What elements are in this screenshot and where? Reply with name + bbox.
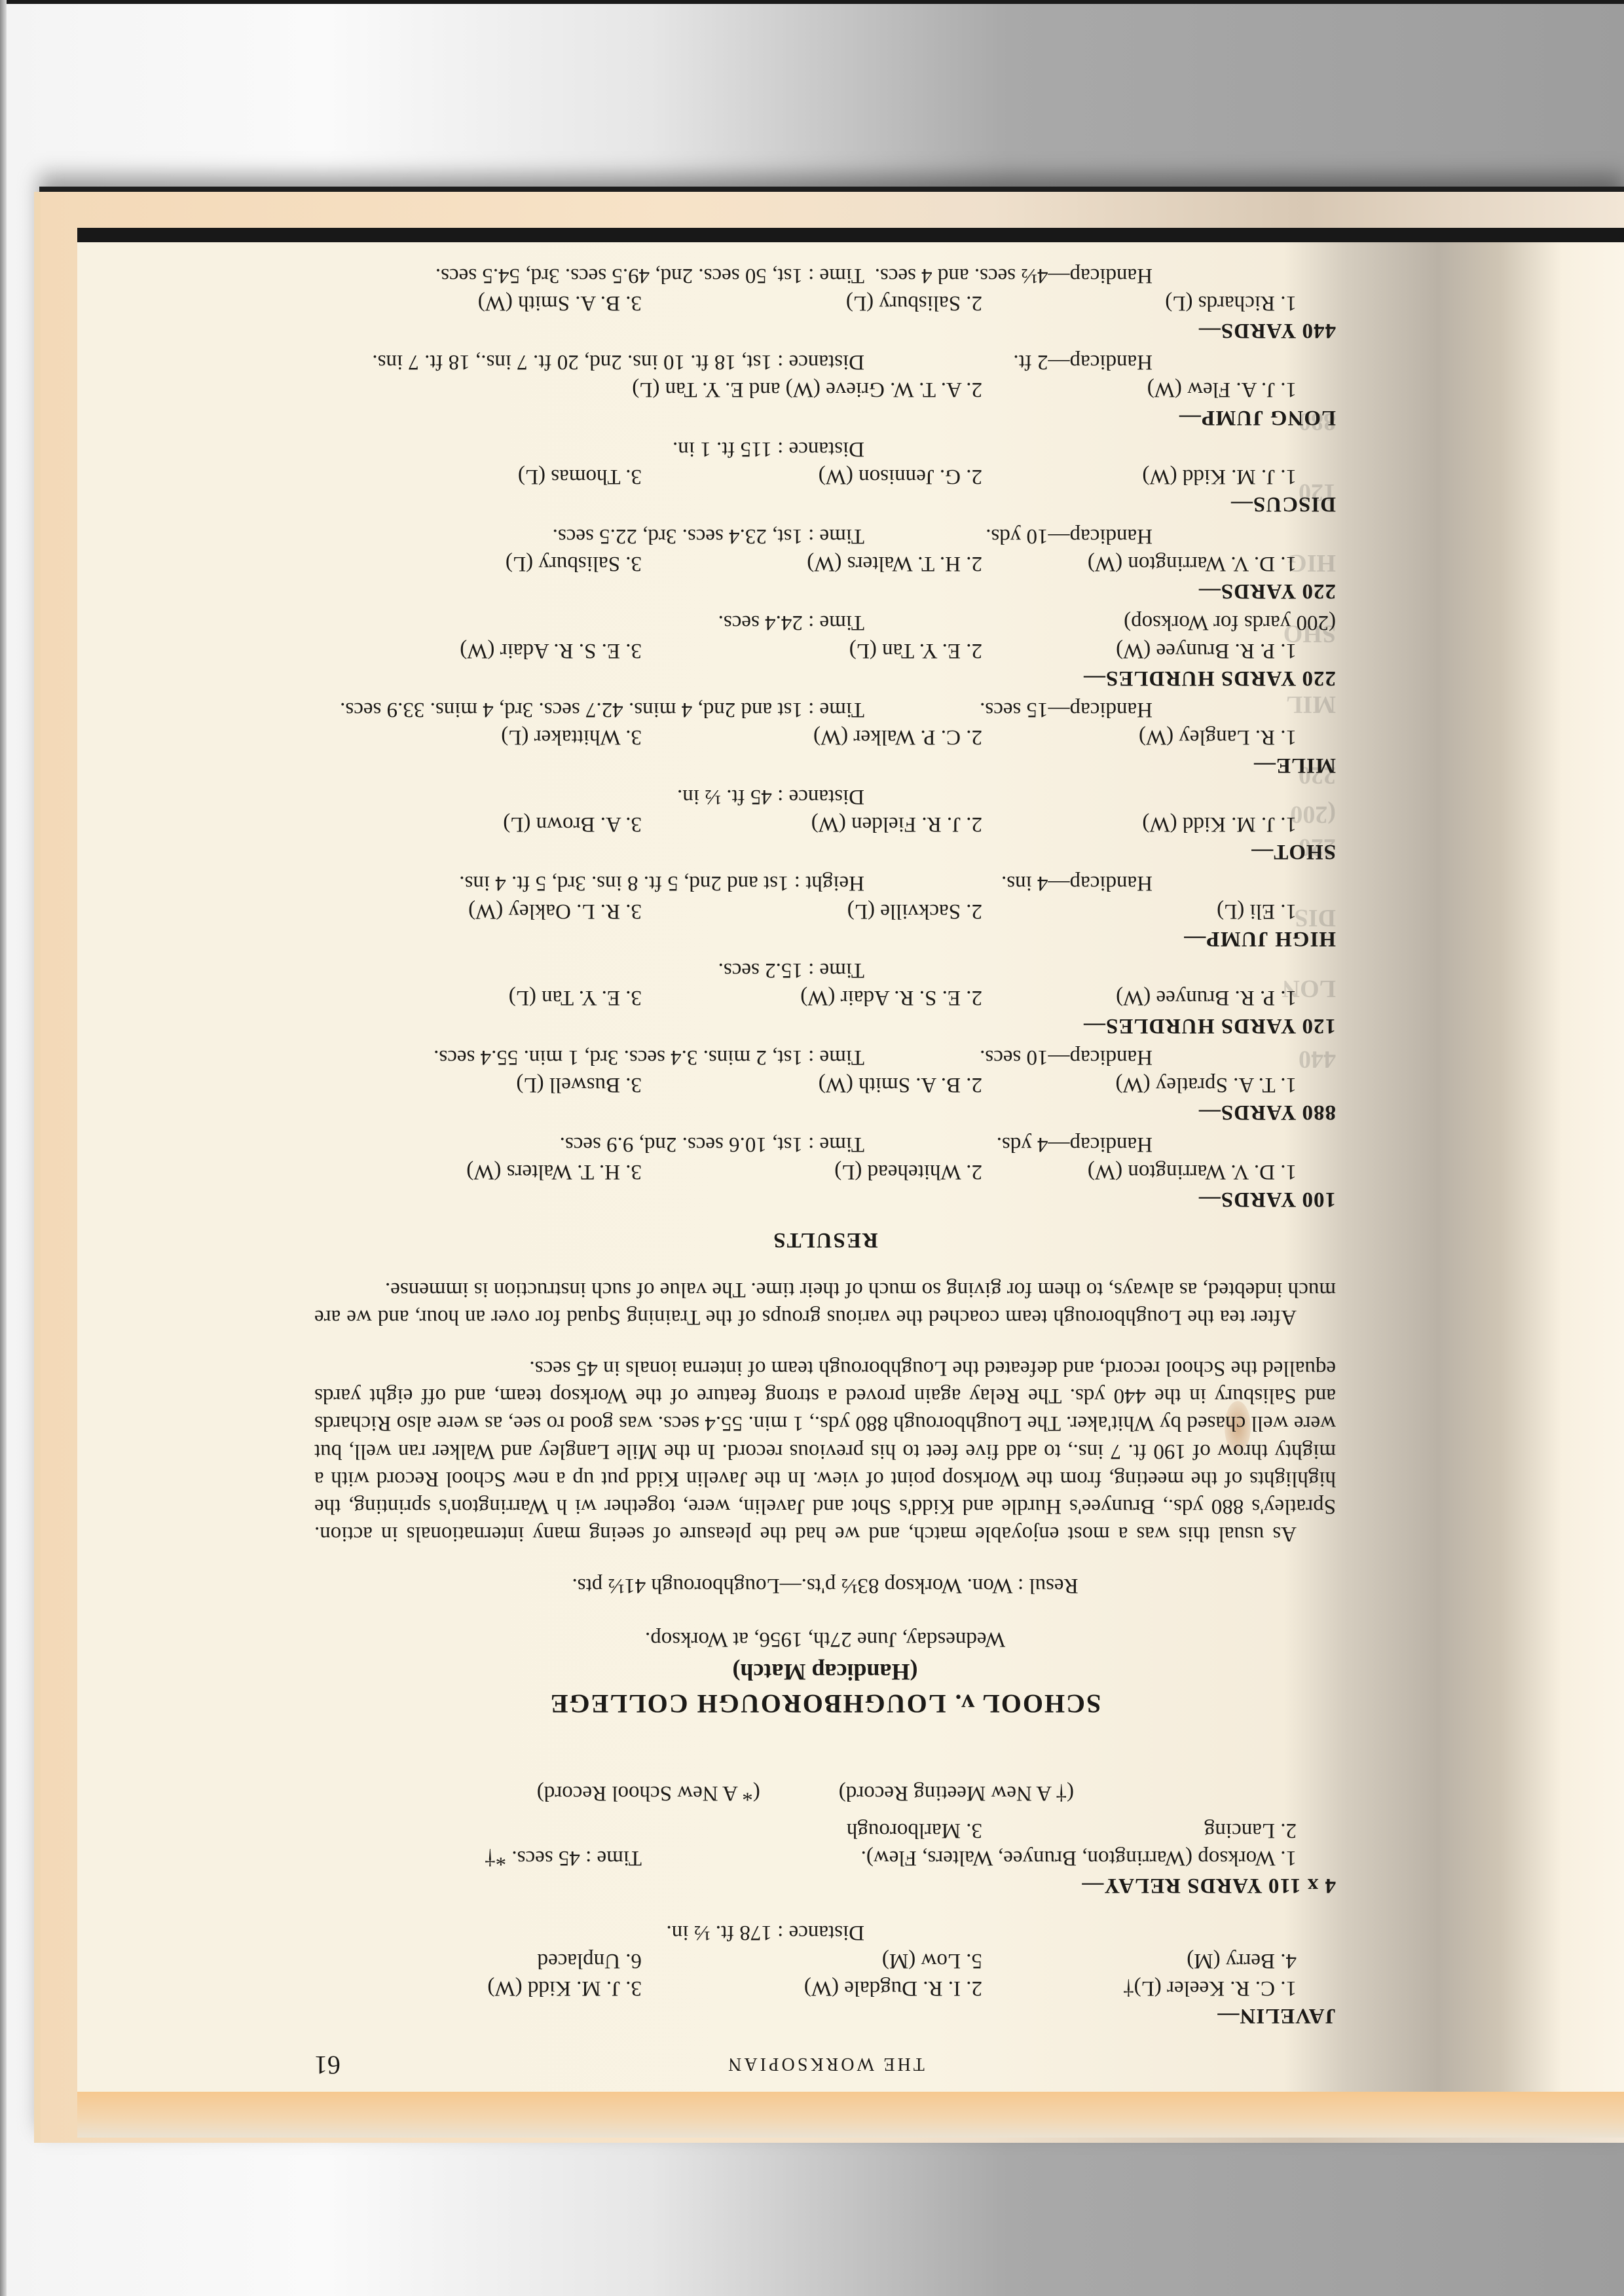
detail-line: Handicap—2 ft. Distance : 1st, 18 ft. 10… [314, 348, 1336, 376]
placings-row: 1. P. R. Brunyee (W) 2. E. Y. Tan (L) 3.… [314, 636, 1336, 664]
place-3: 3. E. S. R. Adair (W) [314, 636, 642, 664]
detail-line: Handicap—10 secs. Time : 1st, 2 mins. 3.… [314, 1044, 1336, 1071]
place-4: 4. Berry (M) [982, 1946, 1297, 1974]
event-title: 120 YARDS HURDLES— [314, 1011, 1336, 1039]
handicap: Handicap—4 yds. [864, 1130, 1153, 1157]
place-2: 2. G. Jennison (W) [642, 463, 982, 490]
place-1: 1. Eli (L) [982, 897, 1297, 924]
measure: Distance : 178 ft. ½ in. [314, 1919, 864, 1946]
place-3: 3. A. Brown (L) [314, 811, 642, 838]
place-3: 3. B. A. Smith (W) [314, 289, 642, 317]
event-title: SHOT— [314, 838, 1336, 866]
handicap: Handicap—10 yds. [864, 522, 1153, 549]
event-title: 4 x 110 YARDS RELAY— [314, 1872, 1336, 1899]
measure: Time : 24.4 secs. [314, 609, 864, 636]
measure: Time : 1st, 2 mins. 3.4 secs. 3rd, 1 min… [314, 1044, 864, 1071]
place-1: 1. J. M. Kidd (W) [982, 811, 1297, 838]
measure: Time : 1st, 23.4 secs. 3rd, 22.5 secs. [314, 522, 864, 549]
placings-row: 1. C. R. Keeler (L)† 2. I. R. Dugdale (W… [314, 1975, 1336, 2002]
handicap: Handicap—4½ secs. and 4 secs. [864, 261, 1153, 289]
place-1: 1. Richards (L) [982, 289, 1297, 317]
measure: Distance : 115 ft. 1 in. [314, 435, 864, 463]
placings-row: 2. Lancing 3. Marlborough [314, 1816, 1336, 1844]
placings-row: 1. J. M. Kidd (W) 2. G. Jennison (W) 3. … [314, 463, 1336, 490]
event-javelin: JAVELIN— 1. C. R. Keeler (L)† 2. I. R. D… [314, 1919, 1336, 2030]
event-title: DISCUS— [314, 490, 1336, 518]
detail-line: Distance : 45 ft. ½ in. [314, 783, 1336, 811]
event-result: LONG JUMP— 1. J. A. Flew (W) 2. A. T. W.… [314, 348, 1336, 431]
event-title: JAVELIN— [314, 2002, 1336, 2030]
place-2: 2. B. A. Smith (W) [642, 1071, 982, 1099]
handicap: Handicap—4 ins. [864, 869, 1153, 897]
place-2: 2. H. T. Walters (W) [642, 550, 982, 577]
event-result: 220 YARDS HURDLES— 1. P. R. Brunyee (W) … [314, 609, 1336, 692]
place-5: 5. Low (M) [642, 1946, 982, 1974]
event-result: 100 YARDS— 1. D. V. Warrington (W) 2. Wh… [314, 1130, 1336, 1213]
place-1: 1. R. Langley (W) [982, 723, 1297, 751]
place-3: 3. Thomas (L) [314, 463, 642, 490]
place-3: 3. R. L. Oakley (W) [314, 897, 642, 924]
placings-row: 1. D. V. Warrington (W) 2. H. T. Walters… [314, 550, 1336, 577]
place-1: 1. C. R. Keeler (L)† [982, 1975, 1297, 2002]
running-head: THE WORKSOPIAN 61 [314, 2043, 1336, 2082]
report-paragraph: As usual this was a most enjoyable match… [314, 1355, 1336, 1548]
place-3: 3. Marlborough [642, 1816, 982, 1844]
event-result: HIGH JUMP— 1. Eli (L) 2. Sackville (L) 3… [314, 869, 1336, 953]
place-1: 1. J. A. Flew (W) [982, 376, 1297, 403]
handicap: (200 yards for Worksop) [864, 609, 1336, 636]
measure: Time : 1st, 10.6 secs. 2nd, 9.9 secs. [314, 1130, 864, 1157]
place-2: 2. C. P. Walker (W) [642, 723, 982, 751]
place-2: 2. Whitehead (L) [642, 1158, 982, 1186]
place-2: 2. E. S. R. Adair (W) [642, 984, 982, 1011]
placings-row: 1. R. Langley (W) 2. C. P. Walker (W) 3.… [314, 723, 1336, 751]
place-2: 2. J. R. Fielden (W) [642, 811, 982, 838]
event-title: LONG JUMP— [314, 403, 1336, 431]
event-title: 220 YARDS— [314, 577, 1336, 605]
place-1: 1. J. M. Kidd (W) [982, 463, 1297, 490]
place-2: 2. E. Y. Tan (L) [642, 636, 982, 664]
event-title: 440 YARDS— [314, 317, 1336, 344]
event-result: 220 YARDS— 1. D. V. Warrington (W) 2. H.… [314, 522, 1336, 605]
event-title: MILE— [314, 751, 1336, 778]
placings-row: 1. D. V. Warrington (W) 2. Whitehead (L)… [314, 1158, 1336, 1186]
handicap: Handicap—10 secs. [864, 1044, 1153, 1071]
placings-row: 1. Worksop (Warrington, Brunyee, Walters… [314, 1844, 1336, 1872]
detail-line: Handicap—15 secs. Time : 1st and 2nd, 4 … [314, 696, 1336, 723]
handicap: Handicap—15 secs. [864, 696, 1153, 723]
measure-line: Distance : 178 ft. ½ in. [314, 1919, 1336, 1946]
place-3: 3. Salisbury (L) [314, 550, 642, 577]
place-3: 3. H. T. Walters (W) [314, 1158, 642, 1186]
event-result: 880 YARDS— 1. T. A. Spratley (W) 2. B. A… [314, 1044, 1336, 1127]
scanner-edge [0, 0, 1624, 4]
measure: Distance : 45 ft. ½ in. [314, 783, 864, 811]
record-notes: († A New Meeting Record) (* A New School… [314, 1779, 1336, 1807]
place-1: 1. P. R. Brunyee (W) [982, 636, 1297, 664]
event-result: DISCUS— 1. J. M. Kidd (W) 2. G. Jennison… [314, 435, 1336, 519]
detail-line: Handicap—4 ins. Height : 1st and 2nd, 5 … [314, 869, 1336, 897]
event-title: HIGH JUMP— [314, 925, 1336, 953]
place-3 [314, 376, 393, 403]
placings-row: 4. Berry (M) 5. Low (M) 6. Unplaced [314, 1946, 1336, 1974]
placings-row: 1. P. R. Brunyee (W) 2. E. S. R. Adair (… [314, 984, 1336, 1011]
results-heading: RESULTS [314, 1226, 1336, 1254]
measure: Height : 1st and 2nd, 5 ft. 8 ins. 3rd, … [314, 869, 864, 897]
detail-line: Time : 15.2 secs. [314, 957, 1336, 984]
place-1: 1. Worksop (Warrington, Brunyee, Walters… [642, 1844, 1297, 1872]
place-3: 3. J. M. Kidd (W) [314, 1975, 642, 2002]
event-title: 220 YARDS HURDLES— [314, 665, 1336, 692]
measure: Time : 15.2 secs. [314, 957, 864, 984]
placings-row: 1. Eli (L) 2. Sackville (L) 3. R. L. Oak… [314, 897, 1336, 924]
page-edge [77, 2092, 1624, 2138]
handicap [864, 957, 1153, 984]
match-title: SCHOOL v. LOUGHBOROUGH COLLEGE [314, 1687, 1336, 1721]
event-relay: 4 x 110 YARDS RELAY— 1. Worksop (Warring… [314, 1779, 1336, 1899]
detail-line: Handicap—4½ secs. and 4 secs. Time : 1st… [314, 261, 1336, 289]
event-title: 100 YARDS— [314, 1186, 1336, 1213]
place-3: 3. Buswell (L) [314, 1071, 642, 1099]
detail-line: Handicap—4 yds. Time : 1st, 10.6 secs. 2… [314, 1130, 1336, 1157]
handicap [864, 435, 1153, 463]
match-subtitle: (Handicap Match) [314, 1657, 1336, 1687]
handicap [864, 783, 1153, 811]
event-result: SHOT— 1. J. M. Kidd (W) 2. J. R. Fielden… [314, 783, 1336, 866]
meeting-record-note: († A New Meeting Record) [839, 1779, 1074, 1807]
place-2: 2. Lancing [982, 1816, 1297, 1844]
detail-line: Distance : 115 ft. 1 in. [314, 435, 1336, 463]
event-result: 440 YARDS— 1. Richards (L) 2. Salisbury … [314, 261, 1336, 344]
measure: Distance : 1st, 18 ft. 10 ins. 2nd, 20 f… [314, 348, 864, 376]
match-date: Wednesday, June 27th, 1956, at Worksop. [314, 1626, 1336, 1653]
placings-row: 1. T. A. Spratley (W) 2. B. A. Smith (W)… [314, 1071, 1336, 1099]
place-2: 2. Salisbury (L) [642, 289, 982, 317]
scanner-edge-left [0, 0, 7, 2296]
place-1: 1. P. R. Brunyee (W) [982, 984, 1297, 1011]
placings-row: 1. J. A. Flew (W) 2. A. T. W. Grieve (W)… [314, 376, 1336, 403]
place-6: 6. Unplaced [314, 1946, 642, 1974]
place-3: 3. E. Y. Tan (L) [314, 984, 642, 1011]
place-2: 2. A. T. W. Grieve (W) and E. Y. Tan (L) [393, 376, 982, 403]
place-3: 3. Whittaker (L) [314, 723, 642, 751]
event-title: 880 YARDS— [314, 1099, 1336, 1126]
handicap: Handicap—2 ft. [864, 348, 1153, 376]
school-record-note: (* A New School Record) [537, 1779, 760, 1807]
placings-row: 1. Richards (L) 2. Salisbury (L) 3. B. A… [314, 289, 1336, 317]
measure: Time : 45 secs. *† [314, 1844, 642, 1872]
detail-line: (200 yards for Worksop) Time : 24.4 secs… [314, 609, 1336, 636]
measure: Time : 1st, 50 secs. 2nd, 49.5 secs. 3rd… [314, 261, 864, 289]
place-1: 1. D. V. Warrington (W) [982, 1158, 1297, 1186]
place-1: 1. T. A. Spratley (W) [982, 1071, 1297, 1099]
journal-title: THE WORKSOPIAN [314, 2052, 1336, 2075]
match-result: Resul : Won. Worksop 83½ p'ts.—Loughboro… [314, 1571, 1336, 1599]
place-2: 2. I. R. Dugdale (W) [642, 1975, 982, 2002]
placings-row: 1. J. M. Kidd (W) 2. J. R. Fielden (W) 3… [314, 811, 1336, 838]
page-number: 61 [314, 2049, 341, 2082]
measure: Time : 1st and 2nd, 4 mins. 42.7 secs. 3… [314, 696, 864, 723]
detail-line: Handicap—10 yds. Time : 1st, 23.4 secs. … [314, 522, 1336, 549]
printed-text-rotated: THE WORKSOPIAN 61 JAVELIN— 1. C. R. Keel… [314, 458, 1336, 2082]
report-paragraph: After tea the Loughborough team coached … [314, 1275, 1336, 1330]
event-result: 120 YARDS HURDLES— 1. P. R. Brunyee (W) … [314, 957, 1336, 1040]
place-1: 1. D. V. Warrington (W) [982, 550, 1297, 577]
place-2: 2. Sackville (L) [642, 897, 982, 924]
event-result: MILE— 1. R. Langley (W) 2. C. P. Walker … [314, 696, 1336, 779]
